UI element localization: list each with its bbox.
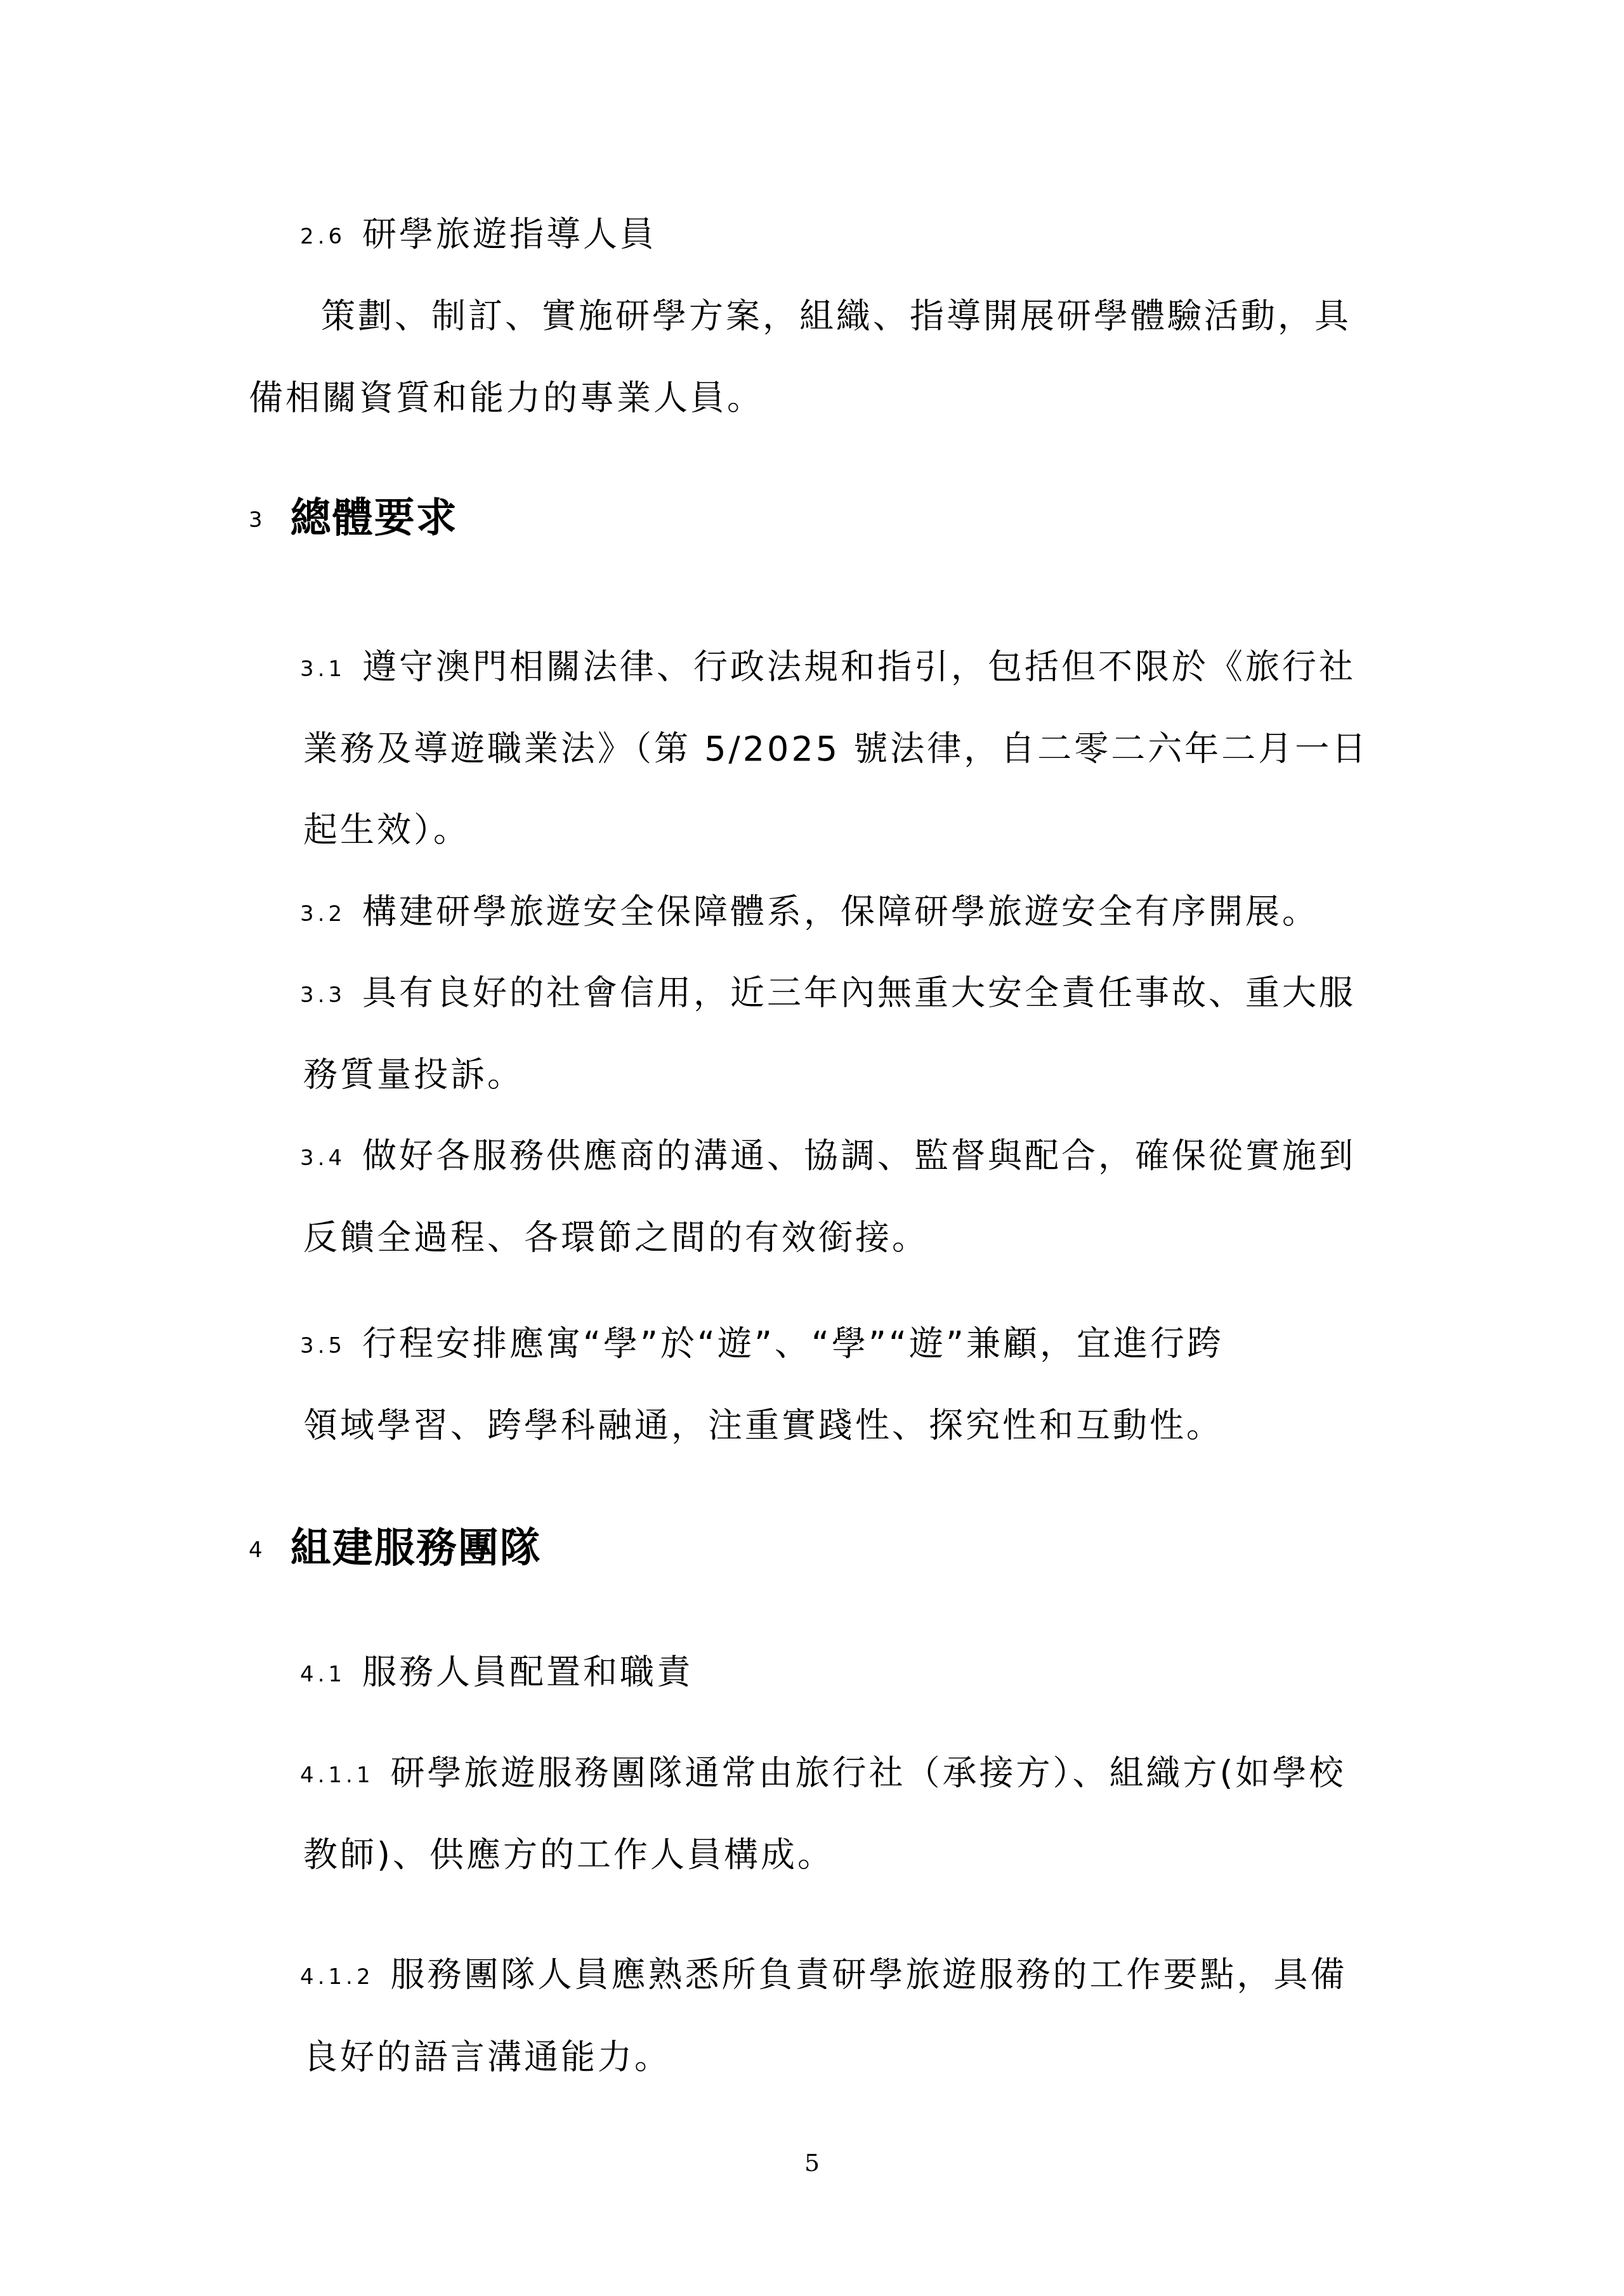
section-number: 3 — [249, 496, 266, 544]
clause-3-3-line: 3.3具有良好的社會信用，近三年內無重大安全責任事故、重大服 — [300, 973, 1356, 1015]
clause-number: 3.2 — [300, 894, 346, 934]
section-title: 研學旅遊指導人員 — [362, 214, 657, 254]
subsection-heading-4-1: 4.1服務人員配置和職責 — [300, 1652, 693, 1695]
section-title: 總體要求 — [291, 495, 458, 542]
clause-3-2-line: 3.2構建研學旅遊安全保障體系，保障研學旅遊安全有序開展。 — [300, 892, 1319, 934]
section-heading-4: 4組建服務團隊 — [249, 1524, 542, 1574]
clause-number: 4.1.1 — [300, 1755, 374, 1796]
clause-number: 3.1 — [300, 649, 346, 689]
clause-3-5-line: 領域學習、跨學科融通，注重實踐性、探究性和互動性。 — [303, 1406, 1223, 1446]
clause-3-4-line: 反饋全過程、各環節之間的有效銜接。 — [303, 1218, 929, 1258]
clause-4-1-2-line: 良好的語言溝通能力。 — [303, 2037, 671, 2078]
clause-text: 服務團隊人員應熟悉所負責研學旅遊服務的工作要點，具備 — [391, 1955, 1347, 1995]
clause-text: 具有良好的社會信用，近三年內無重大安全責任事故、重大服 — [362, 973, 1356, 1013]
clause-3-1-line: 起生效）。 — [303, 810, 470, 851]
clause-text: 行程安排應寓“學”於“遊”、“學”“遊”兼顧，宜進行跨 — [362, 1324, 1224, 1364]
section-number: 2.6 — [300, 216, 346, 257]
page-number: 5 — [0, 2149, 1624, 2177]
clause-number: 3.4 — [300, 1138, 346, 1178]
clause-3-3-line: 務質量投訴。 — [303, 1055, 524, 1095]
subsection-heading-2-6: 2.6研學旅遊指導人員 — [300, 214, 657, 257]
clause-3-5-line: 3.5行程安排應寓“學”於“遊”、“學”“遊”兼顧，宜進行跨 — [300, 1324, 1224, 1366]
clause-3-1-line: 業務及導遊職業法》（第 5/2025 號法律，自二零二六年二月一日 — [303, 729, 1368, 769]
clause-4-1-1-line: 4.1.1研學旅遊服務團隊通常由旅行社（承接方）、組織方(如學校 — [300, 1753, 1346, 1796]
clause-3-1-line: 3.1遵守澳門相關法律、行政法規和指引，包括但不限於《旅行社 — [300, 647, 1356, 689]
section-title: 服務人員配置和職責 — [362, 1652, 693, 1692]
clause-text: 研學旅遊服務團隊通常由旅行社（承接方）、組織方(如學校 — [391, 1753, 1346, 1793]
clause-number: 3.5 — [300, 1326, 346, 1366]
clause-text: 做好各服務供應商的溝通、協調、監督與配合，確保從實施到 — [362, 1136, 1356, 1176]
paragraph-line: 策劃、制訂、實施研學方案，組織、指導開展研學體驗活動，具 — [321, 296, 1351, 337]
clause-text: 構建研學旅遊安全保障體系，保障研學旅遊安全有序開展。 — [362, 892, 1319, 932]
section-number: 4 — [249, 1526, 266, 1574]
clause-number: 3.3 — [300, 975, 346, 1015]
clause-4-1-2-line: 4.1.2服務團隊人員應熟悉所負責研學旅遊服務的工作要點，具備 — [300, 1955, 1347, 1997]
clause-text: 遵守澳門相關法律、行政法規和指引，包括但不限於《旅行社 — [362, 647, 1356, 687]
clause-3-4-line: 3.4做好各服務供應商的溝通、協調、監督與配合，確保從實施到 — [300, 1136, 1356, 1178]
clause-number: 4.1.2 — [300, 1957, 374, 1997]
paragraph-line: 備相關資質和能力的專業人員。 — [249, 378, 764, 419]
section-title: 組建服務團隊 — [291, 1525, 542, 1572]
section-number: 4.1 — [300, 1654, 346, 1695]
section-heading-3: 3總體要求 — [249, 494, 458, 544]
clause-4-1-1-line: 教師)、供應方的工作人員構成。 — [303, 1835, 834, 1875]
